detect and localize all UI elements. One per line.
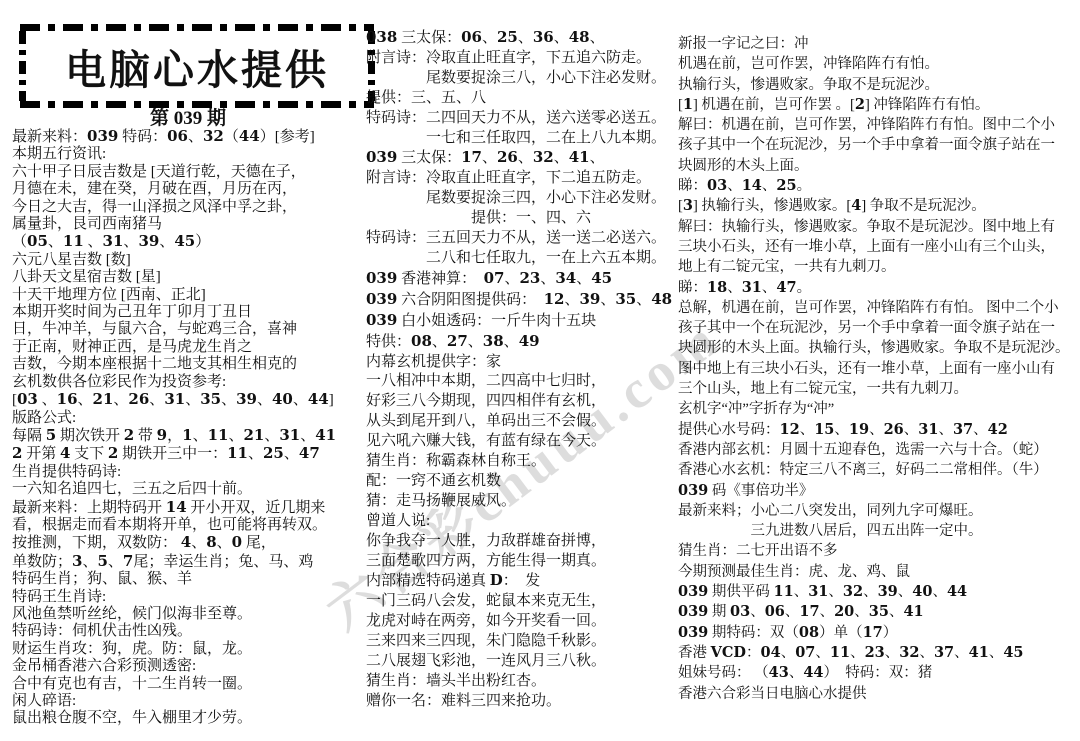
left-column: 最新来料：039 特码：06、32（44）[参考]本期五行资讯:六十甲子日辰吉数…: [12, 128, 364, 728]
text-line: 总解，机遇在前，岂可作罢，冲锋陷阵冇有怕。 图中二个小: [678, 298, 1078, 318]
text-line: 解曰：执输行头，惨遇败家。争取不是玩泥沙。图中地上有: [678, 217, 1078, 237]
text-line: 合中有克也有吉，十二生肖转一圈。: [12, 676, 364, 693]
text-line: 附言诗：冷取直止旺直字，下五追六防走。: [366, 49, 676, 69]
text-line: 新报一字记之曰：冲: [678, 34, 1078, 54]
text-line: 鼠出粮仓腹不空，牛入棚里才少劳。: [12, 710, 364, 727]
text-line: 生肖提供特码诗:: [12, 464, 364, 481]
text-line: 特码诗：三五回天力不从，送一送二必送六。: [366, 229, 676, 249]
text-line: 配：一窍不通玄机数: [366, 472, 676, 492]
text-line: 特供：08、27、38、49: [366, 332, 676, 353]
title-border-top: [20, 24, 374, 31]
text-line: 一六知名追四七，三五之后四十前。: [12, 481, 364, 498]
text-line: 038 三太保：06、25、36、48、: [366, 28, 676, 49]
text-line: 地上有二锭元宝，一共有九刺刀。: [678, 257, 1078, 277]
text-line: 香港心水玄机：特定三八不离三，好码二二常相伴。（牛）: [678, 460, 1078, 480]
text-line: 2 开第 4 支下 2 期铁开三中一：11、25、47: [12, 445, 364, 463]
text-line: 猜生肖：二七开出语不多: [678, 541, 1078, 561]
text-line: 块圆形的木头上面。执输行头，惨遇败家。争取不是玩泥沙。: [678, 338, 1078, 358]
text-line: （05、11 、31、39、45）: [12, 233, 364, 251]
text-line: 三来四来三四现，朱门隐隐千秋影。: [366, 632, 676, 652]
text-line: 提供：一、四、六: [366, 209, 676, 229]
text-line: 金吊桶香港六合彩预测透密:: [12, 658, 364, 675]
text-line: 最新来料：039 特码：06、32（44）[参考]: [12, 128, 364, 146]
text-line: 提供心水号码：12、15、19、26、31、37、42: [678, 420, 1078, 440]
text-line: 孩子其中一个在玩泥沙，另一个手中拿着一面令旗子站在一: [678, 318, 1078, 338]
text-line: 玄机数供各位彩民作为投资参考:: [12, 374, 364, 391]
text-line: 六元八星吉数 [数]: [12, 252, 364, 269]
text-line: 039 三太保：17、26、32、41、: [366, 148, 676, 169]
text-line: [3] 执输行头，惨遇败家。[4] 争取不是玩泥沙。: [678, 196, 1078, 216]
text-line: 按推测，下期，双数防： 4、8、0 尾，: [12, 534, 364, 552]
text-line: 今日之大吉，得一山泽损之风泽中孚之卦，: [12, 199, 364, 216]
text-line: 香港 VCD：04、07、11、23、32、37、41、45: [678, 643, 1078, 663]
text-line: 猜生肖：称霸森林自称王。: [366, 452, 676, 472]
text-line: 单数防；3、5、7尾；幸运生肖；兔、马、鸡: [12, 553, 364, 571]
text-line: 赠你一名：难料三四来抢功。: [366, 692, 676, 712]
text-line: 特码诗：伺机伏击性凶残。: [12, 623, 364, 640]
text-line: 039 期供平码 11、31、32、39、40、44: [678, 582, 1078, 602]
text-line: 吉数，今期本座根据十二地支其相生相克的: [12, 356, 364, 373]
text-line: 猜生肖：墙头半出粉红杏。: [366, 672, 676, 692]
text-line: 三块小石头，还有一堆小草，上面有一座小山有三个山头，: [678, 237, 1078, 257]
text-line: 一八相冲中本期，二四高中七归时，: [366, 372, 676, 392]
text-line: 特码生肖；狗、鼠、猴、羊: [12, 571, 364, 588]
text-line: 039 码《事倍功半》: [678, 481, 1078, 501]
text-line: 039 六合阴阳图提供码： 12、39、35、48: [366, 290, 676, 311]
text-line: 见六吼六赚大钱，有蓝有绿在今天。: [366, 432, 676, 452]
text-line: 今期预测最佳生肖：虎、龙、鸡、鼠: [678, 562, 1078, 582]
title-border-left: [19, 31, 26, 101]
text-line: 三面楚歌四方两，方能生得一期真。: [366, 552, 676, 572]
text-line: [03 、16、21、26、31、35、39、40、44]: [12, 391, 364, 409]
text-line: 孩子其中一个在玩泥沙，另一个手中拿着一面令旗子站在一: [678, 135, 1078, 155]
text-line: 一门三码八会发，蛇鼠本来克无生，: [366, 592, 676, 612]
text-line: 好彩三八今期现，四四相伴有玄机，: [366, 392, 676, 412]
text-line: 039 白小姐透码：一斤牛肉十五块: [366, 311, 676, 332]
text-line: 039 香港神算： 07、23、34、45: [366, 269, 676, 290]
text-line: 一七和三任取四，二在上八九本期。: [366, 129, 676, 149]
text-line: 六十甲子日辰吉数是 [天道行乾，天德在子，: [12, 164, 364, 181]
text-line: 二八展翅飞彩池，一连风月三八秋。: [366, 652, 676, 672]
right-column: 新报一字记之曰：冲机遇在前，岂可作罢，冲锋陷阵冇有怕。执输行头，惨遇败家。争取不…: [678, 34, 1078, 704]
text-line: 八卦天文星宿吉数 [星]: [12, 269, 364, 286]
text-line: 解曰：机遇在前，岂可作罢，冲锋陷阵冇有怕。图中二个小: [678, 115, 1078, 135]
text-line: 姐妹号码： （43、44） 特码：双：猪: [678, 663, 1078, 683]
text-line: 039 期 03、06、17、20、35、41: [678, 602, 1078, 622]
text-line: 最新来料：上期特码开 14 开小开双，近几期来: [12, 499, 364, 517]
text-line: 三个山头，地上有二锭元宝，一共有九刺刀。: [678, 379, 1078, 399]
text-line: 内部精选特码递真 D： 发: [366, 571, 676, 592]
text-line: 内幕玄机提供字：家: [366, 353, 676, 373]
text-line: 财运生肖攻：狗，虎。防：鼠，龙。: [12, 641, 364, 658]
text-line: 提供：三、五、八: [366, 89, 676, 109]
text-line: 月德在未，建在癸，月破在酉，月历在丙，: [12, 181, 364, 198]
text-line: 日，牛冲羊，与鼠六合，与蛇鸡三合，喜神: [12, 321, 364, 338]
text-line: 从头到尾开到八，单码出三不会假。: [366, 412, 676, 432]
issue-heading: 第 039 期: [12, 103, 364, 130]
title-box: 电脑心水提供: [28, 33, 366, 99]
text-line: 机遇在前，岂可作罢，冲锋陷阵冇有怕。: [678, 54, 1078, 74]
text-line: 玄机字“冲”字折存为“冲”: [678, 399, 1078, 419]
text-line: [1] 机遇在前，岂可作罢 。[2] 冲锋陷阵冇有怕。: [678, 95, 1078, 115]
text-line: 每隔 5 期次铁开 2 带 9，1、11、21、31、41: [12, 427, 364, 445]
text-line: 执输行头，惨遇败家。争取不是玩泥沙。: [678, 75, 1078, 95]
text-line: 风池鱼禁听丝纶，候门似海非至尊。: [12, 606, 364, 623]
page-title: 电脑心水提供: [28, 33, 366, 99]
text-line: 二八和七任取九，一在上六五本期。: [366, 249, 676, 269]
text-line: 香港六合彩当日电脑心水提供: [678, 684, 1078, 704]
text-line: 039 期特码：双（08）单（17）: [678, 623, 1078, 643]
text-line: 最新来料；小心二八突发出，同列九字可爆旺。: [678, 501, 1078, 521]
text-line: 属量卦，艮司西南猪马: [12, 216, 364, 233]
text-line: 本期五行资讯:: [12, 146, 364, 163]
text-line: 版路公式:: [12, 410, 364, 427]
text-line: 附言诗：冷取直止旺直字，下二追五防走。: [366, 169, 676, 189]
text-line: 猜：走马扬鞭展威风。: [366, 492, 676, 512]
text-line: 曾道人说:: [366, 512, 676, 532]
text-line: 闲人碎语:: [12, 693, 364, 710]
text-line: 三九进数八居后，四五出阵一定中。: [678, 521, 1078, 541]
middle-column: 038 三太保：06、25、36、48、附言诗：冷取直止旺直字，下五追六防走。 …: [366, 28, 676, 712]
text-line: 龙虎对峙在两旁，如今开奖看一回。: [366, 612, 676, 632]
text-line: 特码王生肖诗:: [12, 589, 364, 606]
text-line: 香港内部玄机：月圆十五迎春色，选需一六与十合。（蛇）: [678, 440, 1078, 460]
text-line: 看，根据走而看本期将开单，也可能将再转双。: [12, 517, 364, 534]
text-line: 本期开奖时间为己丑年丁卯月丁丑日: [12, 304, 364, 321]
text-line: 图中地上有三块小石头，还有一堆小草，上面有一座小山有: [678, 359, 1078, 379]
text-line: 块圆形的木头上面。: [678, 156, 1078, 176]
text-line: 你争我夺一人胜，力敌群雄奋拼博，: [366, 532, 676, 552]
text-line: 睇：03、14、25。: [678, 176, 1078, 196]
text-line: 尾数要捉涂三四，小心下注必发财。: [366, 189, 676, 209]
text-line: 十天干地理方位 [西南、正北]: [12, 287, 364, 304]
text-line: 特码诗：二四回天力不从，送六送零必送五。: [366, 109, 676, 129]
text-line: 睇：18、31、47。: [678, 278, 1078, 298]
text-line: 尾数要捉涂三八，小心下注必发财。: [366, 69, 676, 89]
text-line: 于正南，财神正西，是马虎龙生肖之: [12, 339, 364, 356]
